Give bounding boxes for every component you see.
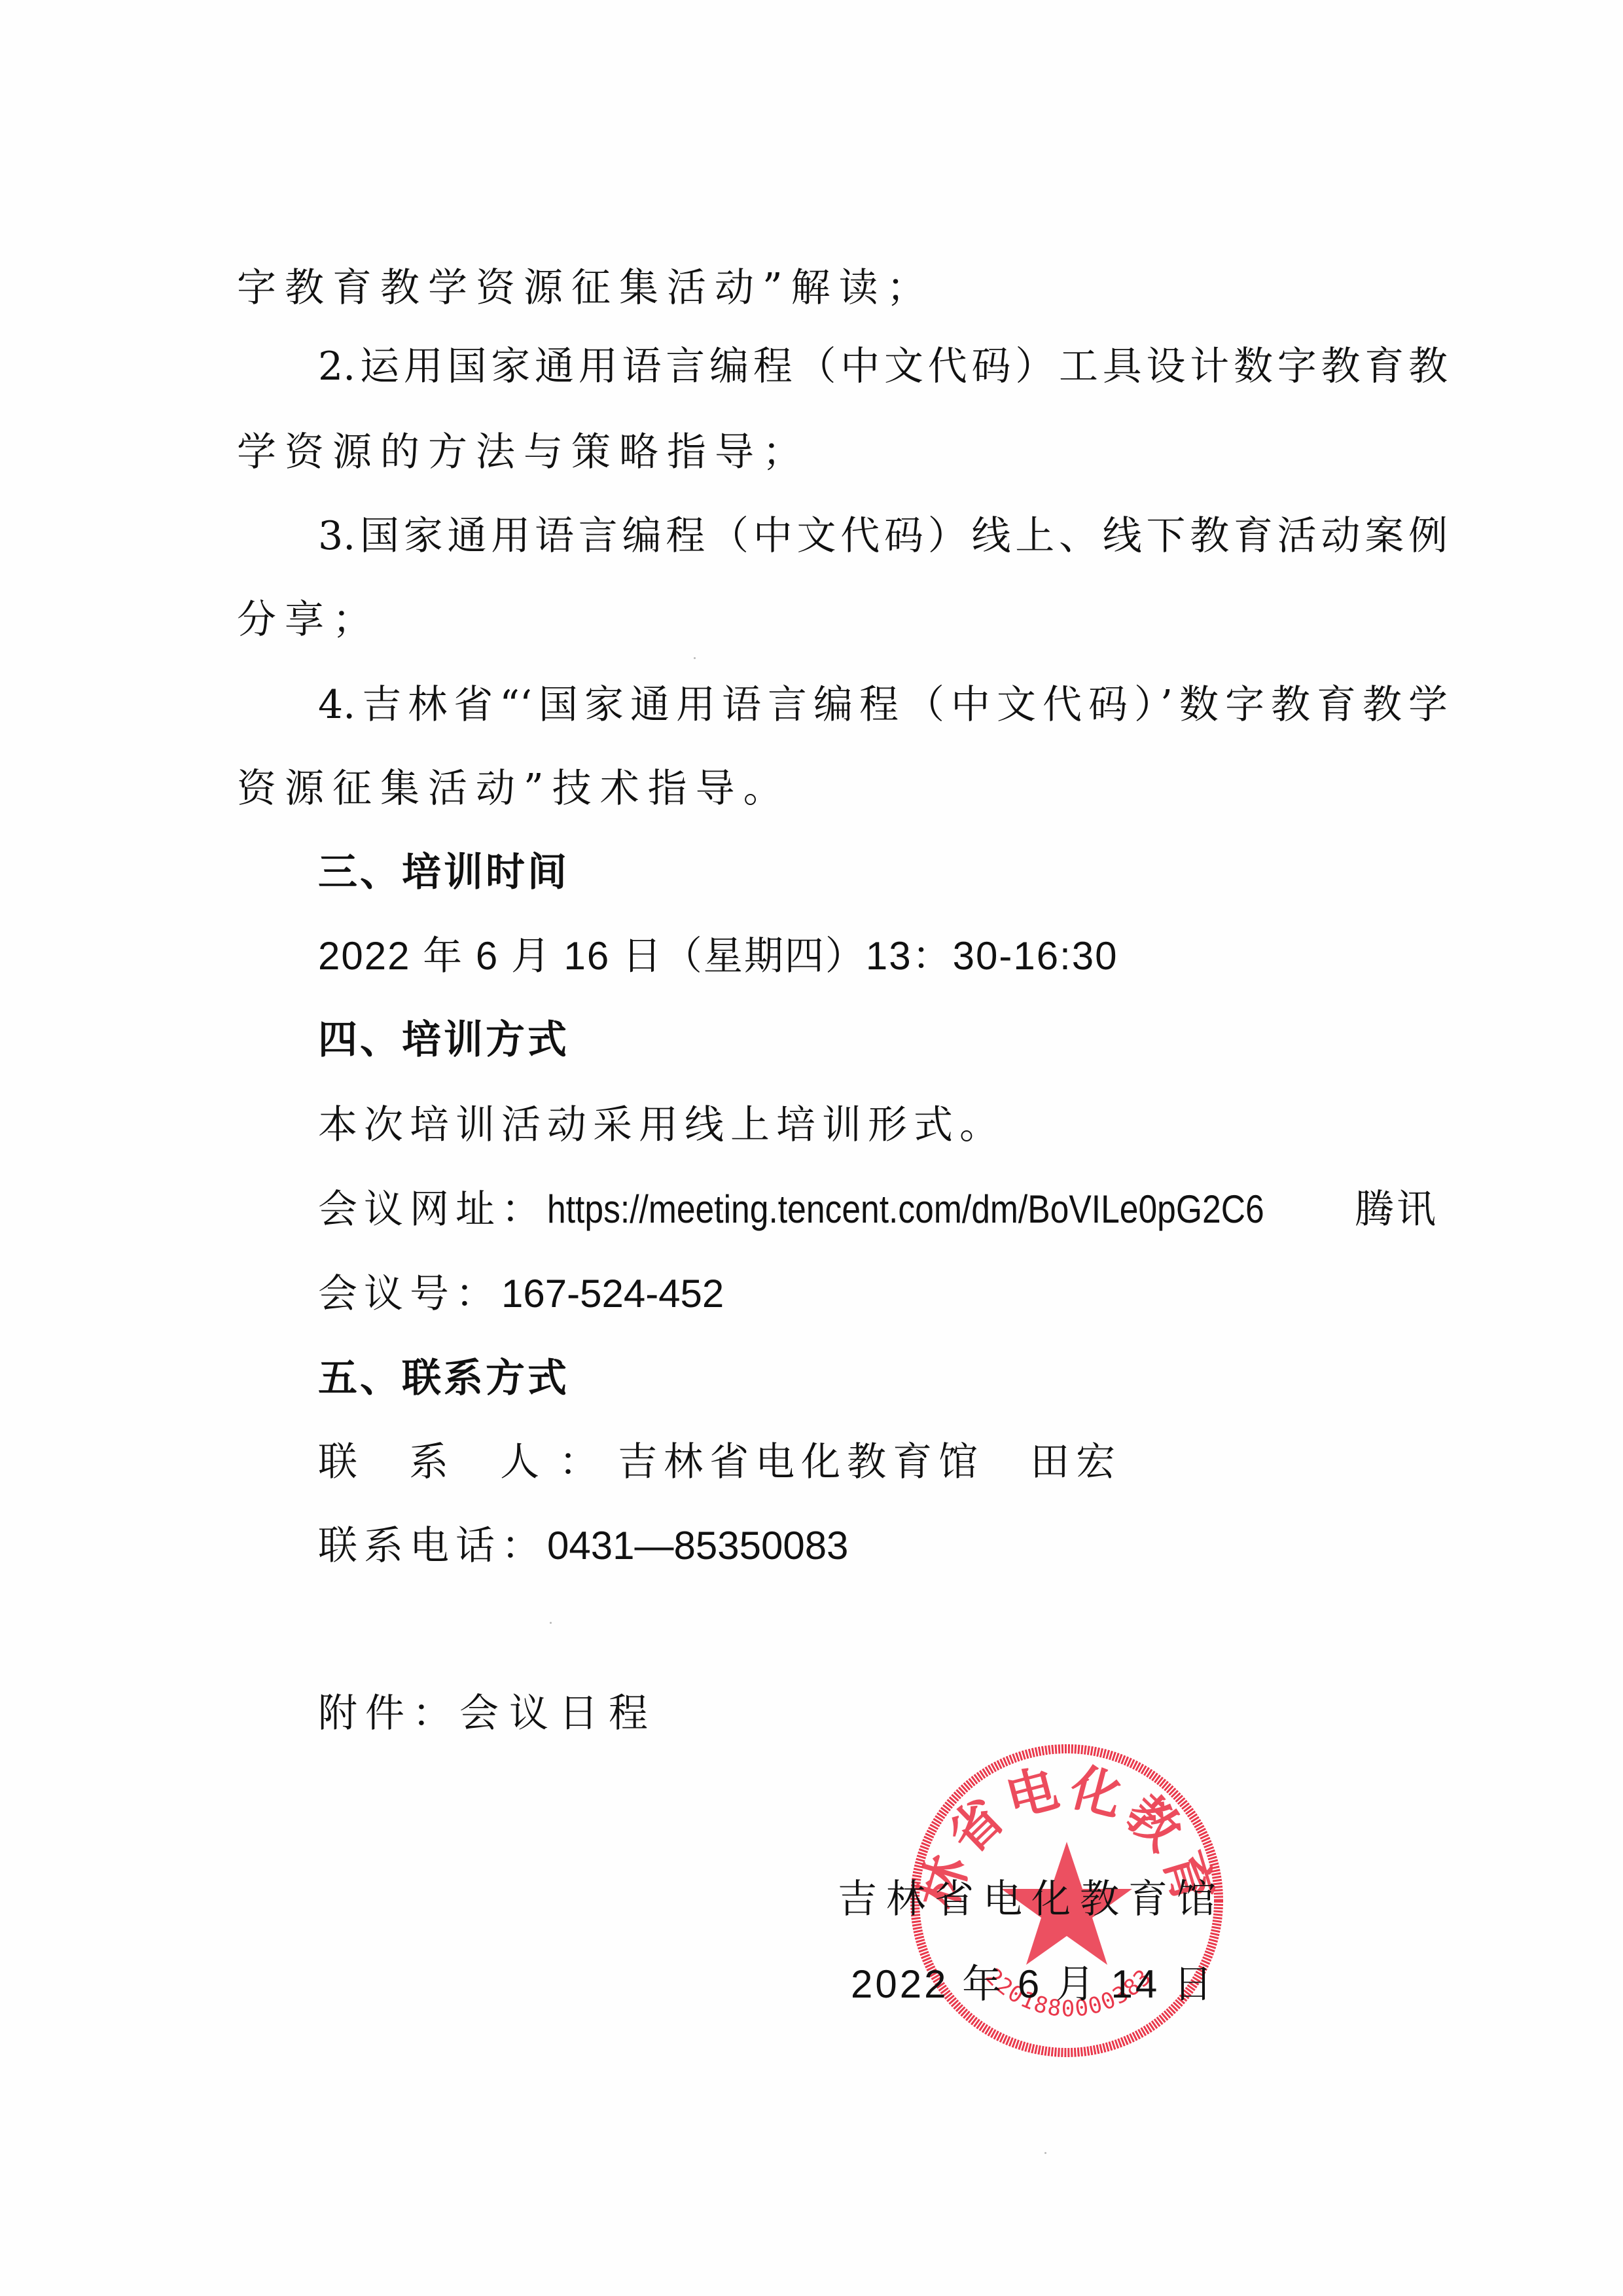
training-time-text: 2022 年 6 月 16 日（星期四）13：30-16:30 [318, 930, 1118, 982]
list-item-3-line-2: 分享； [237, 594, 1448, 646]
scan-speck [694, 657, 696, 659]
meeting-url-link[interactable]: https://meeting.tencent.com/dm/BoVILe0pG… [547, 1183, 1264, 1236]
list-item-2-line-2: 学资源的方法与策略指导； [237, 426, 1448, 478]
meeting-url-row: 会议网址：https://meeting.tencent.com/dm/BoVI… [318, 1183, 1381, 1236]
section-heading-time: 三、培训时间 [318, 846, 569, 899]
section-heading-contact: 五、联系方式 [318, 1352, 569, 1405]
list-item-2-line-1: 2.运用国家通用语言编程（中文代码）工具设计数字教育教 [318, 340, 1448, 393]
meeting-url-suffix: 腾讯 [1355, 1183, 1438, 1236]
attachment-label: 附件： [318, 1691, 459, 1736]
contact-phone-value: 0431—85350083 [547, 1524, 848, 1568]
contact-person-row: 联 系 人：吉林省电化教育馆 田宏 [318, 1436, 1122, 1488]
meeting-id-row: 会议号：167-524-452 [318, 1268, 724, 1320]
list-item-4-line-1: 4.吉林省“‘国家通用语言编程（中文代码）’数字教育教学 [318, 679, 1448, 731]
scan-speck [1044, 2152, 1046, 2154]
contact-person-label: 联 系 人： [318, 1439, 618, 1485]
section-heading-method: 四、培训方式 [318, 1014, 569, 1066]
contact-phone-label: 联系电话： [318, 1523, 547, 1569]
attachment-row: 附件：会议日程 [318, 1687, 658, 1740]
document-page: 字教育教学资源征集活动”解读； 2.运用国家通用语言编程（中文代码）工具设计数字… [0, 0, 1623, 2296]
contact-person-value: 吉林省电化教育馆 田宏 [618, 1439, 1122, 1485]
signature-organization: 吉林省电化教育馆 [838, 1873, 1225, 1926]
attachment-value[interactable]: 会议日程 [459, 1691, 658, 1736]
scan-speck [550, 1622, 552, 1624]
meeting-id-value: 167-524-452 [501, 1272, 724, 1316]
meeting-url-label: 会议网址： [318, 1187, 547, 1232]
list-item-4-line-2: 资源征集活动”技术指导。 [237, 762, 1448, 815]
continued-text-line: 字教育教学资源征集活动”解读； [237, 262, 1448, 314]
training-method-text: 本次培训活动采用线上培训形式。 [318, 1099, 1005, 1151]
list-item-3-line-1: 3.国家通用语言编程（中文代码）线上、线下教育活动案例 [318, 510, 1448, 562]
signature-date: 2022 年 6 月 14 日 [851, 1958, 1215, 2011]
meeting-id-label: 会议号： [318, 1271, 501, 1317]
contact-phone-row: 联系电话：0431—85350083 [318, 1520, 848, 1572]
